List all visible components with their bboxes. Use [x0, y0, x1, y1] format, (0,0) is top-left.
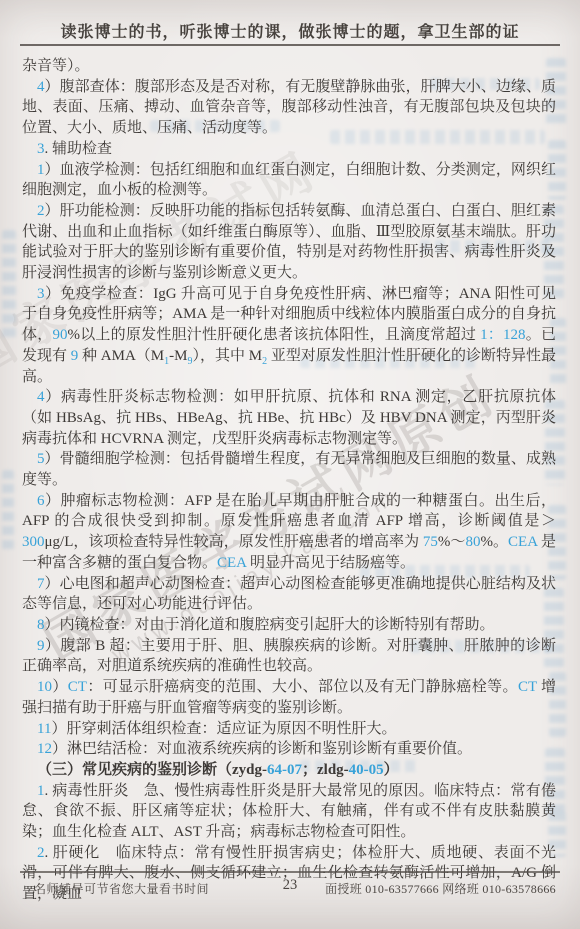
para-tumor-markers: 6）肿瘤标志物检测：AFP 是在胎儿早期由肝脏合成的一种糖蛋白。出生后，AFP … — [22, 491, 556, 574]
para-abdominal-ultrasound: 9）腹部 B 超：主要用于肝、胆、胰腺疾病的诊断。对肝囊肿、肝脓肿的诊断正确率高… — [22, 636, 556, 677]
footer: 名师辅导可节省您大量看书时间 23 面授班 010-63577666 网络班 0… — [22, 877, 558, 899]
para-lymph-biopsy: 12）淋巴结活检：对血液系统疾病的诊断和鉴别诊断有重要价值。 — [22, 739, 556, 760]
footer-rule — [20, 871, 560, 873]
para-abdominal-exam: 4）腹部查体：腹部形态及是否对称，有无腹壁静脉曲张，肝脾大小、边缘、质地、表面、… — [22, 77, 556, 139]
bleedthrough-artifact — [2, 230, 16, 340]
para-immunology: 3）免疫学检查：IgG 升高可见于自身免疫性肝病、淋巴瘤等；ANA 阳性可见于自… — [22, 284, 556, 388]
header-rule — [20, 44, 560, 46]
header-slogan: 读张博士的书，听张博士的课，做张博士的题，拿卫生部的证 — [0, 19, 580, 42]
body-text: 杂音等）。4）腹部查体：腹部形态及是否对称，有无腹壁静脉曲张，肝脾大小、边缘、质… — [22, 56, 556, 905]
para-hematology: 1）血液学检测：包括红细胞和血红蛋白测定，白细胞计数、分类测定，网织红细胞测定，… — [22, 160, 556, 201]
bleedthrough-artifact — [2, 470, 14, 550]
para-bone-marrow: 5）骨髓细胞学检测：包括骨髓增生程度，有无异常细胞及巨细胞的数量、成熟度等。 — [22, 449, 556, 490]
scanned-book-page: 国家医学考试网 国家医学考试网原创 www.guojiayikao.com 读张… — [0, 0, 580, 929]
para-ecg-echo: 7）心电图和超声心动图检查：超声心动图检查能够更准确地提供心脏结构及状态等信息，… — [22, 574, 556, 615]
para-murmur-end: 杂音等）。 — [22, 56, 556, 77]
para-aux-exam-heading: 3. 辅助检查 — [22, 139, 556, 160]
para-section-heading: （三）常见疾病的鉴别诊断（zydg-64-07；zldg-40-05） — [22, 760, 556, 781]
para-liver-biopsy: 11）肝穿刺活体组织检查：适应证为原因不明性肝大。 — [22, 719, 556, 740]
para-ct: 10）CT：可显示肝癌病变的范围、大小、部位以及有无门静脉癌栓等。CT 增强扫描… — [22, 677, 556, 718]
para-endoscopy: 8）内镜检查：对由于消化道和腹腔病变引起肝大的诊断特别有帮助。 — [22, 615, 556, 636]
footer-right-note: 面授班 010-63577666 网络班 010-63578666 — [325, 880, 556, 897]
para-viral-hepatitis: 1. 病毒性肝炎 急、慢性病毒性肝炎是肝大最常见的原因。临床特点：常有倦怠、食欲… — [22, 781, 556, 843]
para-hepatitis-markers: 4）病毒性肝炎标志物检测：如甲肝抗原、抗体和 RNA 测定，乙肝抗原抗体（如 H… — [22, 387, 556, 449]
para-liver-function: 2）肝功能检测：反映肝功能的指标包括转氨酶、血清总蛋白、白蛋白、胆红素代谢、出血… — [22, 201, 556, 284]
